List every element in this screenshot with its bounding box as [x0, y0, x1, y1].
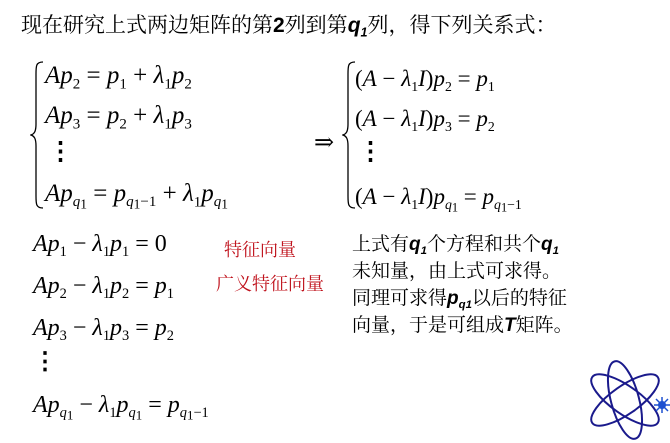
right-vdots: ⋮ [358, 136, 383, 166]
generalized-eigenvector-label: 广义特征向量 [216, 270, 324, 296]
left-row-1: Ap2 = p1 + λ1p2 [45, 62, 192, 90]
chain-row-1: Ap1 − λ1p1 = 0 [33, 231, 167, 258]
eigenvector-label: 特征向量 [224, 236, 296, 262]
left-vdots: ⋮ [48, 136, 73, 166]
heading-mid: 列到第 [285, 13, 348, 37]
atom-logo-icon [585, 350, 670, 443]
heading-suffix: 列，得下列关系式： [368, 13, 557, 37]
chain-row-2: Ap2 − λ1p2 = p1 [33, 273, 174, 300]
heading-prefix: 现在研究上式两边矩阵的第 [21, 13, 273, 37]
right-row-q1: (A − λ1I)pq1 = pq1−1 [355, 184, 522, 210]
left-brace [30, 60, 44, 210]
heading-col-end-var: q [348, 14, 361, 37]
note-line-3: 同理可求得pq1以后的特征 [352, 285, 573, 312]
heading: 现在研究上式两边矩阵的第2列到第q1列，得下列关系式： [21, 10, 557, 41]
note-line-2: 未知量，由上式可求得。 [352, 258, 573, 285]
left-row-q1: Apq1 = pq1−1 + λ1pq1 [45, 180, 228, 208]
note-line-1: 上式有q1个方程和共个q1 [352, 231, 573, 258]
chain-row-3: Ap3 − λ1p3 = p2 [33, 315, 174, 342]
implies-arrow: ⇒ [314, 128, 334, 157]
heading-col-start: 2 [273, 14, 285, 37]
heading-col-end-sub: 1 [361, 25, 368, 39]
left-row-2: Ap3 = p2 + λ1p3 [45, 102, 192, 130]
right-row-1: (A − λ1I)p2 = p1 [355, 66, 495, 92]
right-row-2: (A − λ1I)p3 = p2 [355, 106, 495, 132]
chain-vdots: ⋮ [33, 347, 57, 376]
explanation-note: 上式有q1个方程和共个q1 未知量，由上式可求得。 同理可求得pq1以后的特征 … [352, 231, 573, 339]
right-brace [342, 60, 356, 210]
note-line-4: 向量，于是可组成T矩阵。 [352, 312, 573, 339]
chain-row-q1: Apq1 − λ1pq1 = pq1−1 [33, 392, 209, 419]
